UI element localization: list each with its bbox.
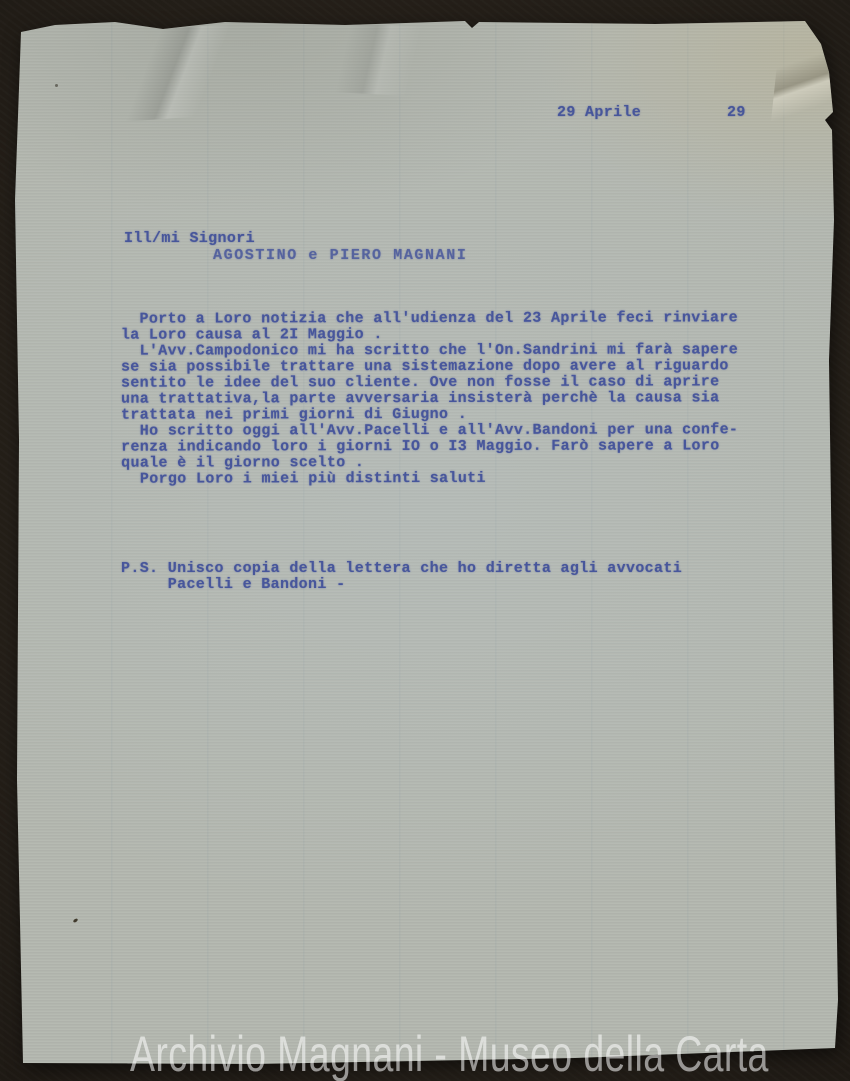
paper-speck [73, 918, 79, 923]
archive-watermark: Archivio Magnani - Museo della Carta [130, 1029, 769, 1079]
letter-date: 29 Aprile [557, 105, 641, 121]
addressees: AGOSTINO e PIERO MAGNANI [213, 248, 467, 264]
letter-page: 29 Aprile 29 Ill/mi Signori AGOSTINO e P… [15, 20, 839, 1066]
letter-paper: 29 Aprile 29 Ill/mi Signori AGOSTINO e P… [15, 20, 839, 1066]
letter-number: 29 [727, 105, 746, 121]
letter-body: Porto a Loro notizia che all'udienza del… [121, 310, 739, 487]
letter-postscript: P.S. Unisco copia della lettera che ho d… [121, 561, 682, 593]
scan-background: 29 Aprile 29 Ill/mi Signori AGOSTINO e P… [0, 0, 850, 1081]
salutation: Ill/mi Signori [124, 231, 255, 247]
paper-crease [203, 15, 536, 102]
paper-crease [32, 18, 318, 127]
paper-speck [55, 84, 58, 87]
folded-corner [769, 27, 838, 142]
